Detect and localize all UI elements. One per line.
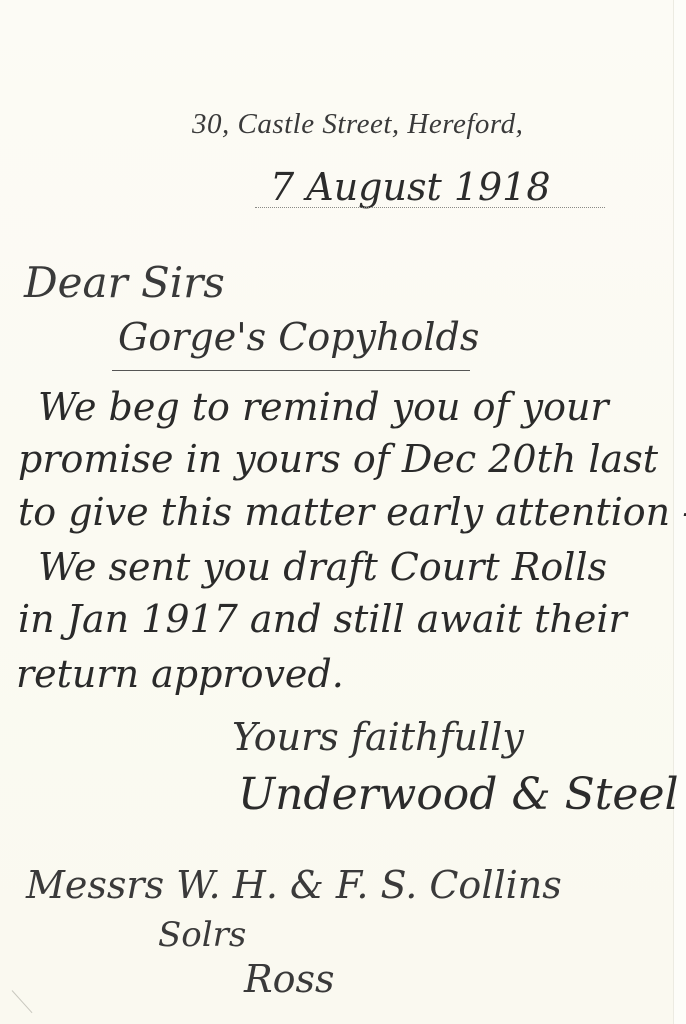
subject-underline [112, 370, 470, 371]
body-line: to give this matter early attention - [18, 493, 686, 531]
addressee-town: Ross [244, 960, 335, 998]
addressee-name: Messrs W. H. & F. S. Collins [26, 866, 562, 904]
body-line: in Jan 1917 and still await their [18, 600, 627, 638]
signature: Underwood & Steel [238, 773, 679, 817]
closing: Yours faithfully [232, 718, 524, 756]
body-line: We sent you draft Court Rolls [38, 548, 607, 586]
letter-page: 30, Castle Street, Hereford, 7 August 19… [0, 0, 686, 1024]
paper-corner-crease [12, 990, 33, 1013]
salutation: Dear Sirs [24, 262, 225, 304]
addressee-title: Solrs [158, 918, 246, 952]
body-line: promise in yours of Dec 20th last [18, 440, 658, 478]
body-line: return approved. [16, 655, 344, 693]
date-dotted-rule [255, 207, 605, 208]
subject-heading: Gorge's Copyholds [118, 318, 479, 356]
letter-date: 7 August 1918 [270, 168, 551, 206]
body-line: We beg to remind you of your [38, 388, 609, 426]
sender-address: 30, Castle Street, Hereford, [192, 110, 523, 139]
